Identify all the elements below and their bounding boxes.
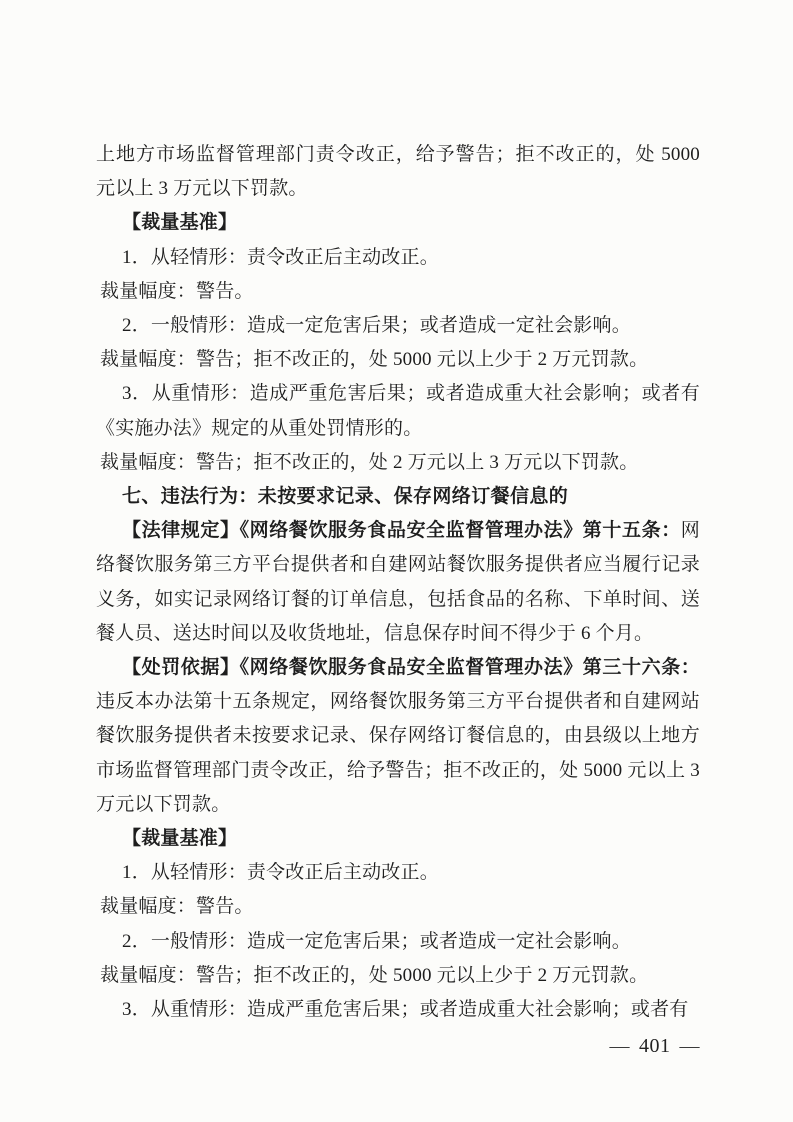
discretion-range-line: 裁量幅度：警告；拒不改正的，处 5000 元以上少于 2 万元罚款。 [96, 959, 700, 993]
footer-dash-right: — [680, 1035, 701, 1057]
list-item-severe-case: 3．从重情形：造成严重危害后果；或者造成重大社会影响；或者有《实施办法》规定的从… [96, 377, 700, 445]
page-footer: —401— [96, 1032, 700, 1060]
discretion-range-line: 裁量幅度：警告。 [96, 890, 700, 924]
list-item-severe-case-partial: 3．从重情形：造成严重危害后果；或者造成重大社会影响；或者有 [96, 993, 700, 1027]
section-heading-discretion-basis: 【裁量基准】 [96, 206, 700, 240]
page-number: 401 [639, 1035, 671, 1057]
document-page: 上地方市场监督管理部门责令改正，给予警告；拒不改正的，处 5000 元以上 3 … [0, 0, 793, 1122]
section-heading-discretion-basis: 【裁量基准】 [96, 822, 700, 856]
discretion-range-line: 裁量幅度：警告；拒不改正的，处 2 万元以上 3 万元以下罚款。 [96, 446, 700, 480]
paragraph-penalty-basis: 【处罚依据】《网络餐饮服务食品安全监督管理办法》第三十六条：违反本办法第十五条规… [96, 651, 700, 822]
section-heading-violation-seven: 七、违法行为：未按要求记录、保存网络订餐信息的 [96, 480, 700, 514]
paragraph-continuation: 上地方市场监督管理部门责令改正，给予警告；拒不改正的，处 5000 元以上 3 … [96, 138, 700, 206]
list-item-lenient-case: 1．从轻情形：责令改正后主动改正。 [96, 241, 700, 275]
penalty-basis-body: 违反本办法第十五条规定，网络餐饮服务第三方平台提供者和自建网站餐饮服务提供者未按… [96, 691, 700, 815]
penalty-basis-label: 【处罚依据】《网络餐饮服务食品安全监督管理办法》第三十六条： [122, 657, 700, 678]
footer-dash-left: — [610, 1035, 631, 1057]
paragraph-legal-provision: 【法律规定】《网络餐饮服务食品安全监督管理办法》第十五条：网络餐饮服务第三方平台… [96, 514, 700, 651]
list-item-general-case: 2．一般情形：造成一定危害后果；或者造成一定社会影响。 [96, 309, 700, 343]
list-item-general-case: 2．一般情形：造成一定危害后果；或者造成一定社会影响。 [96, 925, 700, 959]
legal-provision-label: 【法律规定】《网络餐饮服务食品安全监督管理办法》第十五条： [122, 520, 681, 541]
discretion-range-line: 裁量幅度：警告；拒不改正的，处 5000 元以上少于 2 万元罚款。 [96, 343, 700, 377]
text-block: 上地方市场监督管理部门责令改正，给予警告；拒不改正的，处 5000 元以上 3 … [96, 138, 700, 1027]
discretion-range-line: 裁量幅度：警告。 [96, 275, 700, 309]
list-item-lenient-case: 1．从轻情形：责令改正后主动改正。 [96, 856, 700, 890]
